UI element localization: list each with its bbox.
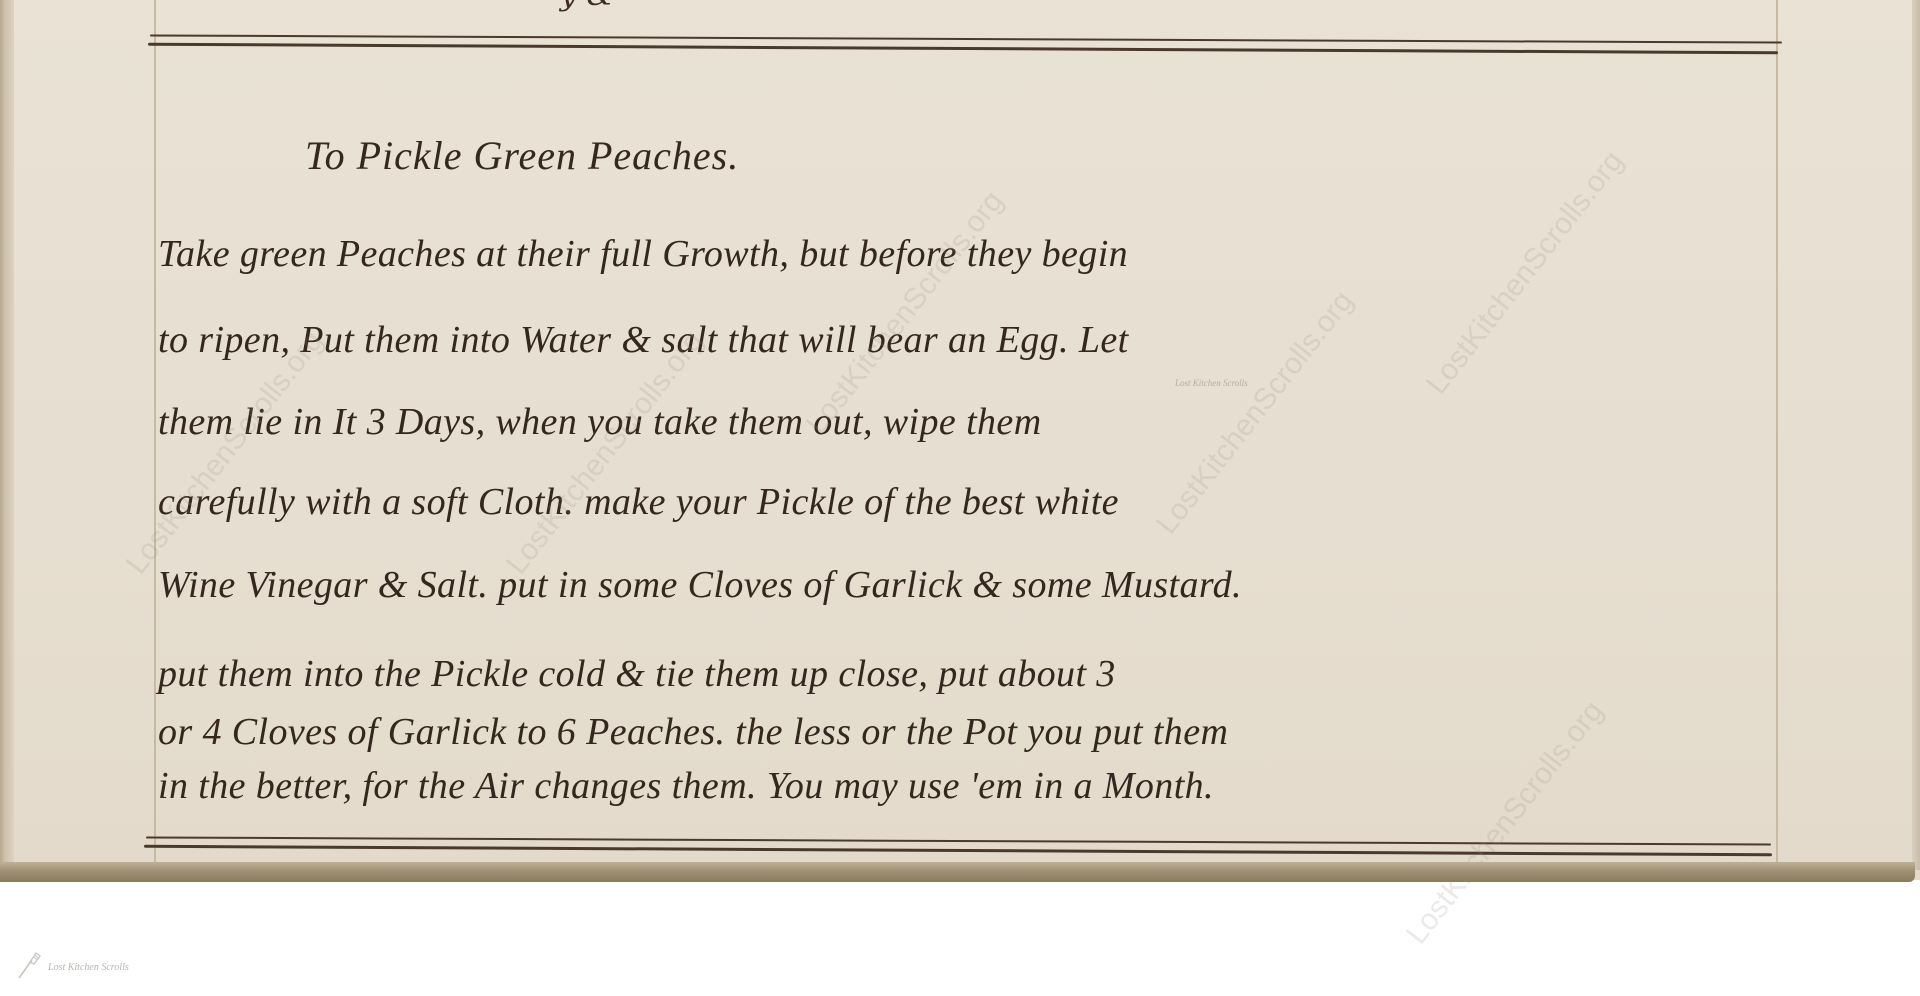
recipe-line: them lie in It 3 Days, when you take the… xyxy=(158,400,1768,444)
recipe-line: carefully with a soft Cloth. make your P… xyxy=(158,480,1768,524)
logo-text: Lost Kitchen Scrolls xyxy=(48,962,129,973)
page-stack-edge xyxy=(0,0,14,880)
manuscript-page-scan: y & To Pickle Green Peaches. Take green … xyxy=(0,0,1920,880)
watermark: LostKitchenScrolls.org xyxy=(500,325,711,581)
recipe-line: to ripen, Put them into Water & salt tha… xyxy=(158,318,1768,362)
bottom-rule-lower xyxy=(144,845,1772,857)
recipe-line: Take green Peaches at their full Growth,… xyxy=(158,232,1768,276)
top-rule-lower xyxy=(148,43,1778,55)
recipe-line: put them into the Pickle cold & tie them… xyxy=(158,652,1768,696)
right-margin-line xyxy=(1776,0,1778,862)
quill-pen-icon xyxy=(16,950,42,984)
bottom-rule-upper xyxy=(146,836,1771,845)
watermark: LostKitchenScrolls.org xyxy=(120,325,331,581)
recipe-line: in the better, for the Air changes them.… xyxy=(158,764,1768,808)
page-right-edge xyxy=(1912,0,1920,870)
top-rule-upper xyxy=(150,34,1782,43)
recipe-title: To Pickle Green Peaches. xyxy=(305,132,739,179)
previous-recipe-fragment: y & xyxy=(560,0,1060,12)
watermark-stamp: Lost Kitchen Scrolls xyxy=(1175,378,1248,388)
page-bottom-edge xyxy=(0,862,1915,882)
recipe-line: Wine Vinegar & Salt. put in some Cloves … xyxy=(158,563,1768,607)
left-margin-line xyxy=(154,0,156,862)
recipe-line: or 4 Cloves of Garlick to 6 Peaches. the… xyxy=(158,710,1768,754)
site-logo: Lost Kitchen Scrolls xyxy=(16,950,129,984)
